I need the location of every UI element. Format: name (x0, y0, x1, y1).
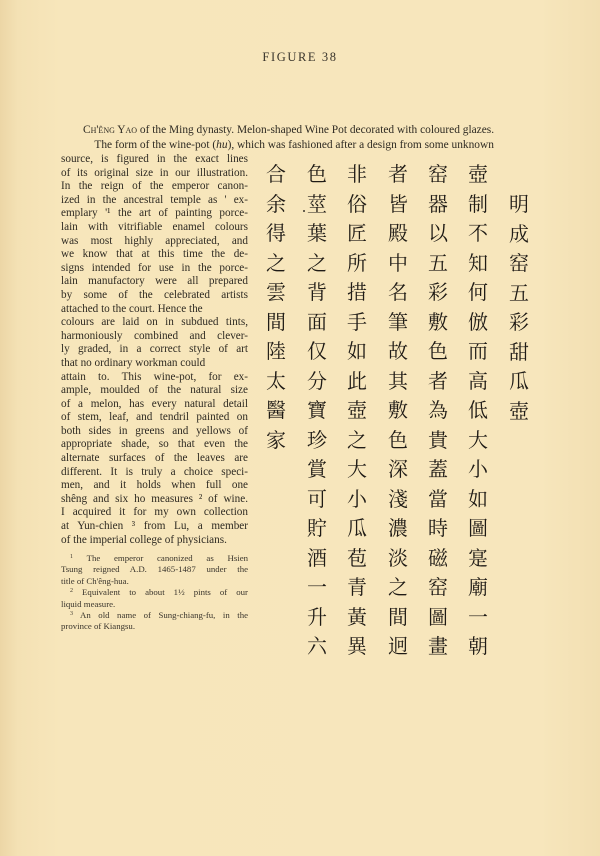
chinese-column: 色莖葉之背面仅分寶珍賞可貯酒一升六 (303, 160, 331, 662)
chinese-character: 敷 (428, 308, 448, 338)
chinese-character: 貴 (428, 426, 448, 456)
body-line: alternate surfaces of the leaves are (61, 452, 248, 466)
chinese-character: 六 (307, 632, 327, 662)
lead-italic-term: hu (216, 139, 227, 151)
chinese-character: 所 (347, 249, 367, 279)
footnote-line: title of Ch'êng-hua. (61, 576, 248, 587)
chinese-character: 面 (307, 308, 327, 338)
chinese-character: 之 (388, 573, 408, 603)
body-line: different. It is truly a choice speci- (61, 466, 248, 480)
chinese-column: 非俗匠所措手如此壺之大小瓜苞青黃異 (343, 160, 371, 662)
chinese-character: 得 (266, 219, 286, 249)
footnote-mark: 1 (70, 554, 73, 560)
chinese-character: 升 (307, 603, 327, 633)
body-line: that no ordinary workman could (61, 357, 248, 371)
body-line: at Yun-chien ³ from Lu, a member (61, 520, 248, 534)
footnote: 1 The emperor canonized as HsienTsung re… (61, 553, 248, 587)
chinese-character: 壺 (347, 396, 367, 426)
chinese-character: 大 (468, 426, 488, 456)
body-line: of its original size in our illustration… (61, 167, 248, 181)
chinese-character: 色 (428, 337, 448, 367)
chinese-character: 者 (388, 160, 408, 190)
chinese-character: 以 (428, 219, 448, 249)
document-page: FIGURE 38 Ch'êng Yao of the Ming dynasty… (0, 0, 600, 856)
chinese-character: 其 (388, 367, 408, 397)
chinese-character: 小 (347, 485, 367, 515)
chinese-character: 可 (307, 485, 327, 515)
chinese-character: 醫 (266, 396, 286, 426)
chinese-character: 名 (388, 278, 408, 308)
footnote: 2 Equivalent to about 1½ pints of ourliq… (61, 587, 248, 610)
body-line: of the imperial college of physicians. (61, 534, 248, 548)
body-line: source, is figured in the exact lines (61, 153, 248, 167)
chinese-character: 家 (266, 426, 286, 456)
chinese-character: 為 (428, 396, 448, 426)
chinese-character: 壺 (509, 397, 529, 427)
chinese-character: 高 (468, 367, 488, 397)
chinese-character: 措 (347, 278, 367, 308)
chinese-character: 非 (347, 160, 367, 190)
footnote-line: province of Kiangsu. (61, 621, 248, 632)
body-line: of a melon, has every natural detail (61, 398, 248, 412)
chinese-character: 彩 (509, 308, 529, 338)
body-line: appropriate shade, so that even the (61, 438, 248, 452)
chinese-character: 此 (347, 367, 367, 397)
chinese-character: 制 (468, 190, 488, 220)
body-line: by some of the celebrated artists (61, 289, 248, 303)
chinese-character: 瓜 (347, 514, 367, 544)
chinese-character: 倣 (468, 308, 488, 338)
body-line: attached to the court. Hence the (61, 303, 248, 317)
body-line: we know that at this time the de- (61, 248, 248, 262)
chinese-character: 而 (468, 337, 488, 367)
chinese-character: 太 (266, 367, 286, 397)
body-line: ample, moulded of the natural size (61, 384, 248, 398)
chinese-character: 者 (428, 367, 448, 397)
chinese-column: 合余得之雲間陸太醫家 (262, 160, 290, 455)
chinese-character: 畫 (428, 632, 448, 662)
chinese-character: 匠 (347, 219, 367, 249)
chinese-character: 之 (266, 249, 286, 279)
punctuation-dot (303, 210, 305, 212)
chinese-character: 五 (428, 249, 448, 279)
footnotes: 1 The emperor canonized as HsienTsung re… (61, 553, 248, 633)
chinese-character: 窑 (428, 160, 448, 190)
chinese-column: 壺制不知何倣而高低大小如圖寔廟一朝 (464, 160, 492, 662)
chinese-character: 余 (266, 190, 286, 220)
footnote-line: 3 An old name of Sung-chiang-fu, in the (61, 610, 248, 621)
chinese-character: 葉 (307, 219, 327, 249)
chinese-character: 色 (307, 160, 327, 190)
chinese-character: 甜 (509, 338, 529, 368)
chinese-character: 濃 (388, 514, 408, 544)
chinese-character: 殿 (388, 219, 408, 249)
footnote: 3 An old name of Sung-chiang-fu, in thep… (61, 610, 248, 633)
footnote-line: 1 The emperor canonized as Hsien (61, 553, 248, 564)
chinese-character: 苞 (347, 544, 367, 574)
body-line: both sides in greens and yellows of (61, 425, 248, 439)
chinese-character: 寔 (468, 544, 488, 574)
chinese-character: 朝 (468, 632, 488, 662)
chinese-character: 一 (307, 573, 327, 603)
chinese-character: 器 (428, 190, 448, 220)
chinese-character: 間 (388, 603, 408, 633)
chinese-character: 窑 (428, 573, 448, 603)
chinese-character: 淡 (388, 544, 408, 574)
chinese-column: 者皆殿中名筆故其敷色深淺濃淡之間迥 (384, 160, 412, 662)
footnote-mark: 3 (70, 611, 73, 617)
chinese-character: 賞 (307, 455, 327, 485)
chinese-character: 何 (468, 278, 488, 308)
chinese-character: 一 (468, 603, 488, 633)
chinese-character: 圖 (468, 514, 488, 544)
body-line: signs intended for use in the porce- (61, 262, 248, 276)
figure-title: FIGURE 38 (0, 50, 600, 65)
chinese-character: 彩 (428, 278, 448, 308)
chinese-character: 色 (388, 426, 408, 456)
chinese-column: 窑器以五彩敷色者為貴蓋當時磁窑圖畫 (424, 160, 452, 662)
footnote-mark: 2 (70, 588, 73, 594)
chinese-character: 明 (509, 190, 529, 220)
chinese-character: 故 (388, 337, 408, 367)
chinese-character: 之 (307, 249, 327, 279)
chinese-character: 筆 (388, 308, 408, 338)
chinese-character: 酒 (307, 544, 327, 574)
chinese-character: 成 (509, 220, 529, 250)
body-line: In the reign of the emperor canon- (61, 180, 248, 194)
footnote-line: 2 Equivalent to about 1½ pints of our (61, 587, 248, 598)
footnote-line: Tsung reigned A.D. 1465-1487 under the (61, 564, 248, 575)
chinese-character: 貯 (307, 514, 327, 544)
chinese-character: 中 (388, 249, 408, 279)
chinese-character: 五 (509, 279, 529, 309)
body-line: lain manufactory were all prepared (61, 275, 248, 289)
chinese-character: 黃 (347, 603, 367, 633)
chinese-character: 廟 (468, 573, 488, 603)
body-line: ly graded, in a correct style of art (61, 343, 248, 357)
body-line: colours are laid on in subdued tints, (61, 316, 248, 330)
chinese-character: 當 (428, 485, 448, 515)
lead-text-before: The form of the wine-pot ( (94, 139, 216, 151)
body-line: shêng and six ho measures ² of wine. (61, 493, 248, 507)
body-line: lain with vitrifiable enamel colours (61, 221, 248, 235)
chinese-character: 皆 (388, 190, 408, 220)
chinese-character: 不 (468, 219, 488, 249)
body-line: men, and it holds when full one (61, 479, 248, 493)
chinese-character: 深 (388, 455, 408, 485)
lead-text-after: ), which was fashioned after a design fr… (228, 139, 494, 151)
chinese-character: 如 (468, 485, 488, 515)
chinese-character: 蓋 (428, 455, 448, 485)
chinese-character: 低 (468, 396, 488, 426)
chinese-character: 壺 (468, 160, 488, 190)
chinese-character: 分 (307, 367, 327, 397)
figure-caption: Ch'êng Yao of the Ming dynasty. Melon-sh… (83, 123, 553, 138)
chinese-character: 瓜 (509, 367, 529, 397)
chinese-character: 陸 (266, 337, 286, 367)
chinese-character: 手 (347, 308, 367, 338)
body-line: of stem, leaf, and tendril painted on (61, 411, 248, 425)
chinese-character: 合 (266, 160, 286, 190)
body-line: was most highly appreciated, and (61, 235, 248, 249)
chinese-character: 青 (347, 573, 367, 603)
body-line: I acquired it for my own collection (61, 506, 248, 520)
chinese-character: 莖 (307, 190, 327, 220)
body-text: source, is figured in the exact linesof … (61, 153, 248, 547)
chinese-character: 敷 (388, 396, 408, 426)
chinese-character: 時 (428, 514, 448, 544)
chinese-character: 如 (347, 337, 367, 367)
chinese-character: 知 (468, 249, 488, 279)
chinese-character: 俗 (347, 190, 367, 220)
caption-maker: Ch'êng Yao (83, 124, 137, 136)
caption-description: of the Ming dynasty. Melon-shaped Wine P… (137, 124, 494, 136)
body-line: ized in the ancestral temple as ' ex- (61, 194, 248, 208)
chinese-character: 圖 (428, 603, 448, 633)
chinese-character: 雲 (266, 278, 286, 308)
body-line: emplary '¹ the art of painting porce- (61, 207, 248, 221)
chinese-character: 寶 (307, 396, 327, 426)
chinese-character: 窑 (509, 249, 529, 279)
chinese-character: 淺 (388, 485, 408, 515)
chinese-character: 珍 (307, 426, 327, 456)
chinese-character: 異 (347, 632, 367, 662)
chinese-character: 間 (266, 308, 286, 338)
body-line: harmoniously combined and clever- (61, 330, 248, 344)
chinese-character: 仅 (307, 337, 327, 367)
body-line: attain to. This wine-pot, for ex- (61, 371, 248, 385)
body-lead-line: The form of the wine-pot (hu), which was… (83, 138, 553, 153)
chinese-column: 明成窑五彩甜瓜壺 (505, 190, 533, 426)
chinese-character: 之 (347, 426, 367, 456)
chinese-character: 背 (307, 278, 327, 308)
chinese-character: 小 (468, 455, 488, 485)
chinese-character: 大 (347, 455, 367, 485)
chinese-character: 磁 (428, 544, 448, 574)
footnote-line: liquid measure. (61, 599, 248, 610)
chinese-character: 迥 (388, 632, 408, 662)
